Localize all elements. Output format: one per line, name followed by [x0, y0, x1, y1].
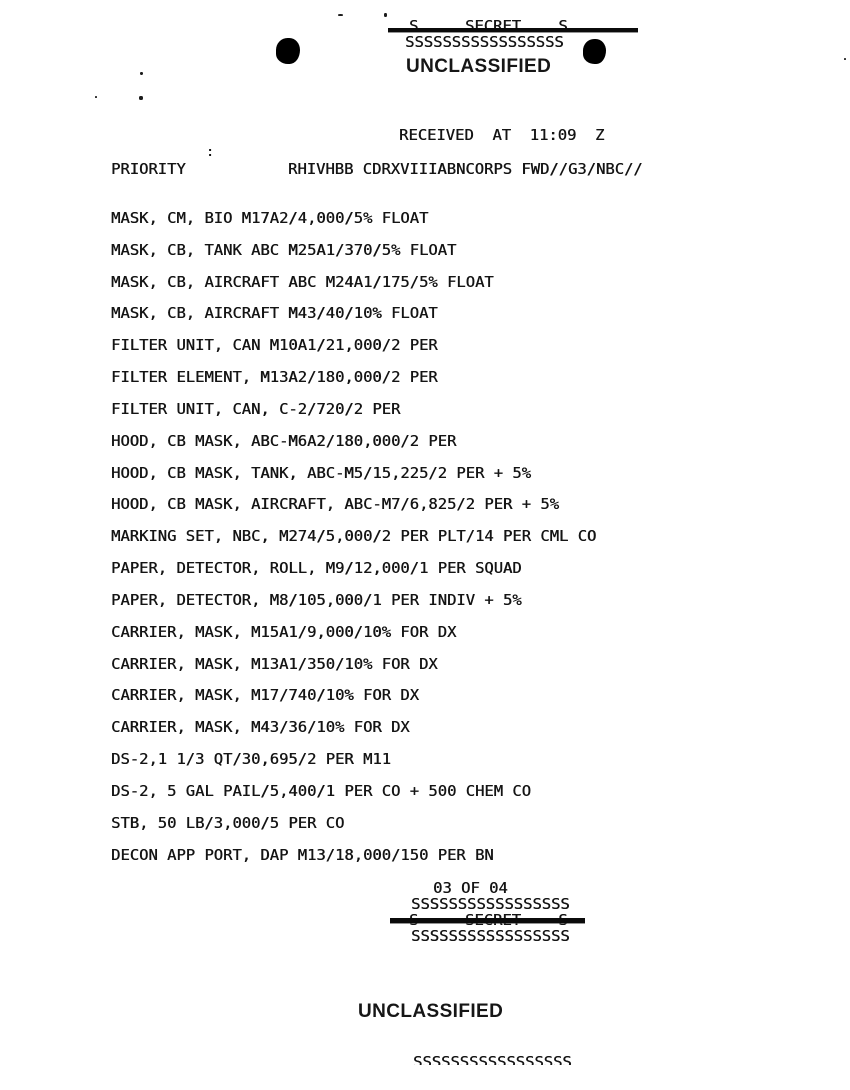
supply-item: CARRIER, MASK, M17/740/10% FOR DX	[111, 688, 596, 720]
routing-address: RHIVHBB CDRXVIIIABNCORPS FWD//G3/NBC//	[288, 162, 643, 177]
bottom-s-overstrike-row-lower: SSSSSSSSSSSSSSSSS	[411, 929, 570, 944]
page-indicator: 03 OF 04	[433, 881, 508, 896]
supply-item: MASK, CB, AIRCRAFT ABC M24A1/175/5% FLOA…	[111, 275, 596, 307]
supply-item: HOOD, CB MASK, TANK, ABC-M5/15,225/2 PER…	[111, 466, 596, 498]
supply-item: MARKING SET, NBC, M274/5,000/2 PER PLT/1…	[111, 529, 596, 561]
supply-item: MASK, CB, AIRCRAFT M43/40/10% FLOAT	[111, 306, 596, 338]
top-strikethrough-line	[388, 28, 638, 32]
supply-item: PAPER, DETECTOR, ROLL, M9/12,000/1 PER S…	[111, 561, 596, 593]
supply-list: MASK, CM, BIO M17A2/4,000/5% FLOAT MASK,…	[111, 211, 596, 879]
supply-item: DECON APP PORT, DAP M13/18,000/150 PER B…	[111, 848, 596, 880]
supply-item: FILTER UNIT, CAN M10A1/21,000/2 PER	[111, 338, 596, 370]
received-stamp: RECEIVED AT 11:09 Z	[399, 128, 604, 143]
partial-s-row-cutoff: SSSSSSSSSSSSSSSSS	[413, 1054, 572, 1065]
stray-colon-mark: :	[206, 145, 214, 160]
partial-s-row-text: SSSSSSSSSSSSSSSSS	[413, 1054, 572, 1065]
supply-item: CARRIER, MASK, M15A1/9,000/10% FOR DX	[111, 625, 596, 657]
supply-item: FILTER UNIT, CAN, C-2/720/2 PER	[111, 402, 596, 434]
scan-speck	[95, 96, 97, 98]
supply-item: PAPER, DETECTOR, M8/105,000/1 PER INDIV …	[111, 593, 596, 625]
top-s-overstrike-row: SSSSSSSSSSSSSSSSS	[405, 35, 564, 50]
scan-speck	[139, 96, 143, 100]
scan-speck	[338, 14, 343, 16]
scanned-document-page: S SECRET S SSSSSSSSSSSSSSSSS UNCLASSIFIE…	[0, 0, 850, 1090]
priority-label: PRIORITY	[111, 162, 186, 177]
supply-item: CARRIER, MASK, M43/36/10% FOR DX	[111, 720, 596, 752]
scan-speck	[384, 13, 387, 17]
bottom-s-overstrike-row-upper: SSSSSSSSSSSSSSSSS	[411, 897, 570, 912]
hole-punch-right	[583, 39, 606, 64]
supply-item: STB, 50 LB/3,000/5 PER CO	[111, 816, 596, 848]
supply-item: DS-2,1 1/3 QT/30,695/2 PER M11	[111, 752, 596, 784]
bottom-strikethrough-line	[390, 918, 585, 923]
supply-item: HOOD, CB MASK, ABC-M6A2/180,000/2 PER	[111, 434, 596, 466]
supply-item: HOOD, CB MASK, AIRCRAFT, ABC-M7/6,825/2 …	[111, 497, 596, 529]
supply-item: MASK, CB, TANK ABC M25A1/370/5% FLOAT	[111, 243, 596, 275]
scan-speck	[844, 58, 846, 60]
supply-item: FILTER ELEMENT, M13A2/180,000/2 PER	[111, 370, 596, 402]
top-unclassified-marking: UNCLASSIFIED	[406, 57, 551, 76]
supply-item: MASK, CM, BIO M17A2/4,000/5% FLOAT	[111, 211, 596, 243]
bottom-unclassified-marking: UNCLASSIFIED	[358, 1002, 503, 1021]
hole-punch-left	[276, 38, 300, 64]
supply-item: DS-2, 5 GAL PAIL/5,400/1 PER CO + 500 CH…	[111, 784, 596, 816]
supply-item: CARRIER, MASK, M13A1/350/10% FOR DX	[111, 657, 596, 689]
scan-speck	[140, 72, 143, 75]
